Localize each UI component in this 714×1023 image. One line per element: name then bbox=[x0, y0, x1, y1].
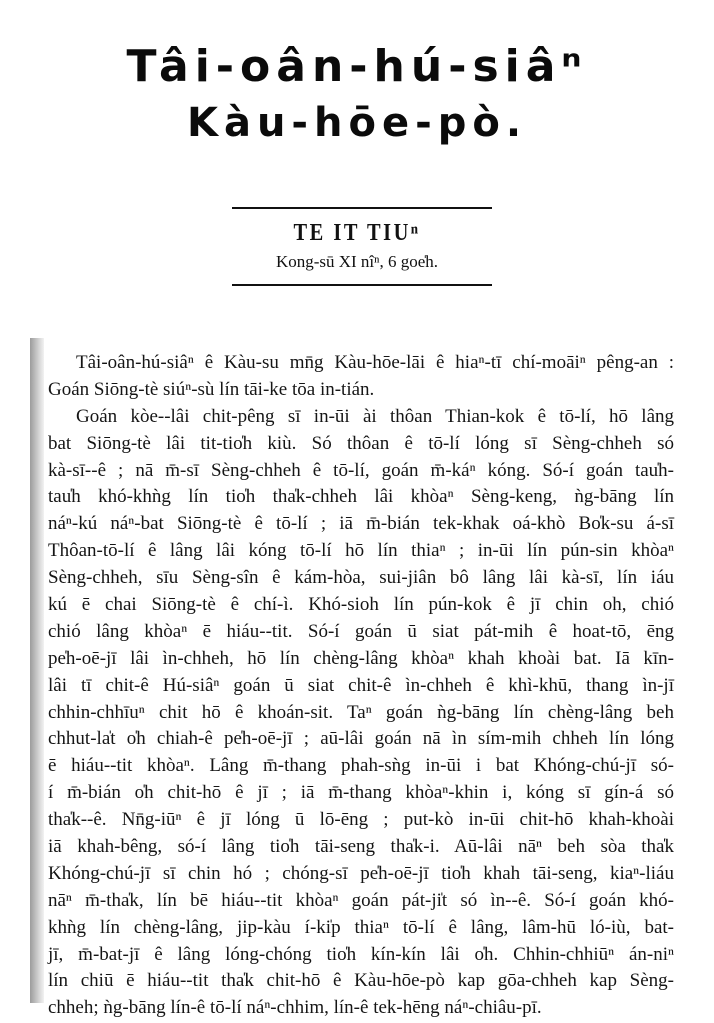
text-line: chheh; ǹg-bāng lín-ê tō-lí náⁿ-chhim, lí… bbox=[48, 995, 674, 1022]
text-line: Thôan-tō-lí ê lâng lâi kóng tō-lí hō lín… bbox=[48, 538, 674, 565]
text-line: jī, m̄-bat-jī ê lâng lóng-chóng tio̍h kí… bbox=[48, 942, 674, 969]
text-line: náⁿ-kú náⁿ-bat Siōng-tè ê tō-lí ; iā m̄-… bbox=[48, 511, 674, 538]
newspaper-title-line2: Kàu-hōe-pò. bbox=[0, 100, 714, 146]
article-body: Tâi-oân-hú-siâⁿ ê Kàu-su mn̄g Kàu-hōe-lā… bbox=[48, 350, 674, 1022]
text-line: iā khah-bêng, só-í lâng tio̍h tāi-seng t… bbox=[48, 834, 674, 861]
text-line: chhin-chhīuⁿ chit hō ê khoán-sit. Taⁿ go… bbox=[48, 700, 674, 727]
text-line: tha̍k--ê. Nn̄g-iūⁿ ê jī lóng ū lō-ēng ; … bbox=[48, 807, 674, 834]
text-line: chió lâng khòaⁿ ē hiáu--tit. Só-í goán ū… bbox=[48, 619, 674, 646]
text-line: lâi tī chit-ê Hú-siâⁿ goán ū siat chit-ê… bbox=[48, 673, 674, 700]
text-line: khǹg lín chèng-lâng, jip-kàu í-ki̍p thia… bbox=[48, 915, 674, 942]
text-line: Goán Siōng-tè siúⁿ-sù lín tāi-ke tōa in-… bbox=[48, 377, 674, 404]
scan-margin-shadow bbox=[30, 338, 44, 1003]
header-rule-top bbox=[232, 207, 492, 209]
text-line: tau̍h khó-khǹg lín tio̍h tha̍k-chheh lâi… bbox=[48, 484, 674, 511]
newspaper-title-line1: Tâi-oân-hú-siâⁿ bbox=[0, 42, 714, 92]
text-line: Tâi-oân-hú-siâⁿ ê Kàu-su mn̄g Kàu-hōe-lā… bbox=[48, 350, 674, 377]
text-line: Goán kòe--lâi chit-pêng sī in-ūi ài thôa… bbox=[48, 404, 674, 431]
text-line: nāⁿ m̄-tha̍k, lín bē hiáu--tit khòaⁿ goá… bbox=[48, 888, 674, 915]
text-line: kà-sī--ê ; nā m̄-sī Sèng-chheh ê tō-lí, … bbox=[48, 458, 674, 485]
text-line: lín chiū ē hiáu--tit tha̍k chit-hō ê Kàu… bbox=[48, 968, 674, 995]
text-line: bat Siōng-tè lâi tit-tio̍h kiù. Só thôan… bbox=[48, 431, 674, 458]
text-line: í m̄-bián o̍h chit-hō ê jī ; iā m̄-thang… bbox=[48, 780, 674, 807]
text-line: Sèng-chheh, sīu Sèng-sîn ê kám-hòa, sui-… bbox=[48, 565, 674, 592]
text-line: pe̍h-oē-jī lâi ìn-chheh, hō lín chèng-lâ… bbox=[48, 646, 674, 673]
text-line: ē hiáu--tit khòaⁿ. Lâng m̄-thang phah-sǹ… bbox=[48, 753, 674, 780]
text-line: Khóng-chú-jī sī chin hó ; chóng-sī pe̍h-… bbox=[48, 861, 674, 888]
text-line: kú ē chai Siōng-tè ê chí-ì. Khó-sioh lín… bbox=[48, 592, 674, 619]
text-line: chhut-la̍t o̍h chiah-ê pe̍h-oē-jī ; aū-l… bbox=[48, 726, 674, 753]
issue-date: Kong-sū XI nîⁿ, 6 goe̍h. bbox=[0, 252, 714, 272]
issue-number: TE IT TIUⁿ bbox=[54, 220, 661, 247]
header-rule-bottom bbox=[232, 284, 492, 286]
